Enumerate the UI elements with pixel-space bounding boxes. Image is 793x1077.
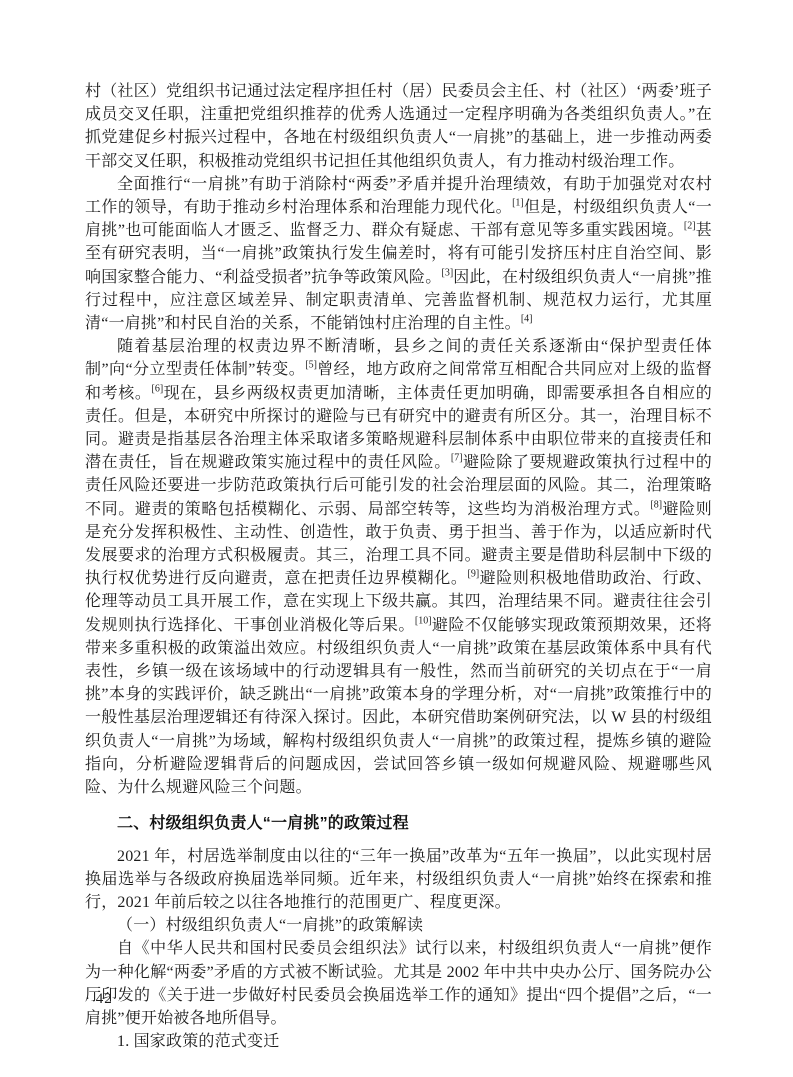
footnote-ref: [2] [684,221,696,232]
footnote-ref: [8] [650,499,662,510]
article-body: 村（社区）党组织书记通过法定程序担任村（居）民委员会主任、村（社区）‘两委’班子… [85,80,712,1053]
paragraph: 2021 年，村居选举制度由以往的“三年一换届”改革为“五年一换届”，以此实现村… [85,845,712,915]
footnote-ref: [7] [451,453,463,464]
page-number: · 42 · [85,991,124,1008]
document-page: 村（社区）党组织书记通过法定程序担任村（居）民委员会主任、村（社区）‘两委’班子… [0,0,793,1077]
paragraph-continuation: 村（社区）党组织书记通过法定程序担任村（居）民委员会主任、村（社区）‘两委’班子… [85,80,712,173]
footnote-ref: [3] [441,267,453,278]
footnote-ref: [1] [512,198,524,209]
paragraph: 随着基层治理的权责边界不断清晰，县乡之间的责任关系逐渐由“保护型责任体制”向“分… [85,335,712,799]
section-heading: 二、村级组织负责人“一肩挑”的政策过程 [85,812,712,835]
paragraph: 自《中华人民共和国村民委员会组织法》试行以来，村级组织负责人“一肩挑”便作为一种… [85,937,712,1030]
footnote-ref: [10] [415,615,432,626]
footnote-ref: [9] [468,569,480,580]
footnote-ref: [6] [152,383,164,394]
numbered-subheading: 1. 国家政策的范式变迁 [85,1030,712,1053]
footnote-ref: [4] [521,314,533,325]
paragraph: 全面推行“一肩挑”有助于消除村“两委”矛盾并提升治理绩效，有助于加强党对农村工作… [85,173,712,335]
footnote-ref: [5] [305,360,317,371]
subsection-heading: （一）村级组织负责人“一肩挑”的政策解读 [85,914,712,937]
